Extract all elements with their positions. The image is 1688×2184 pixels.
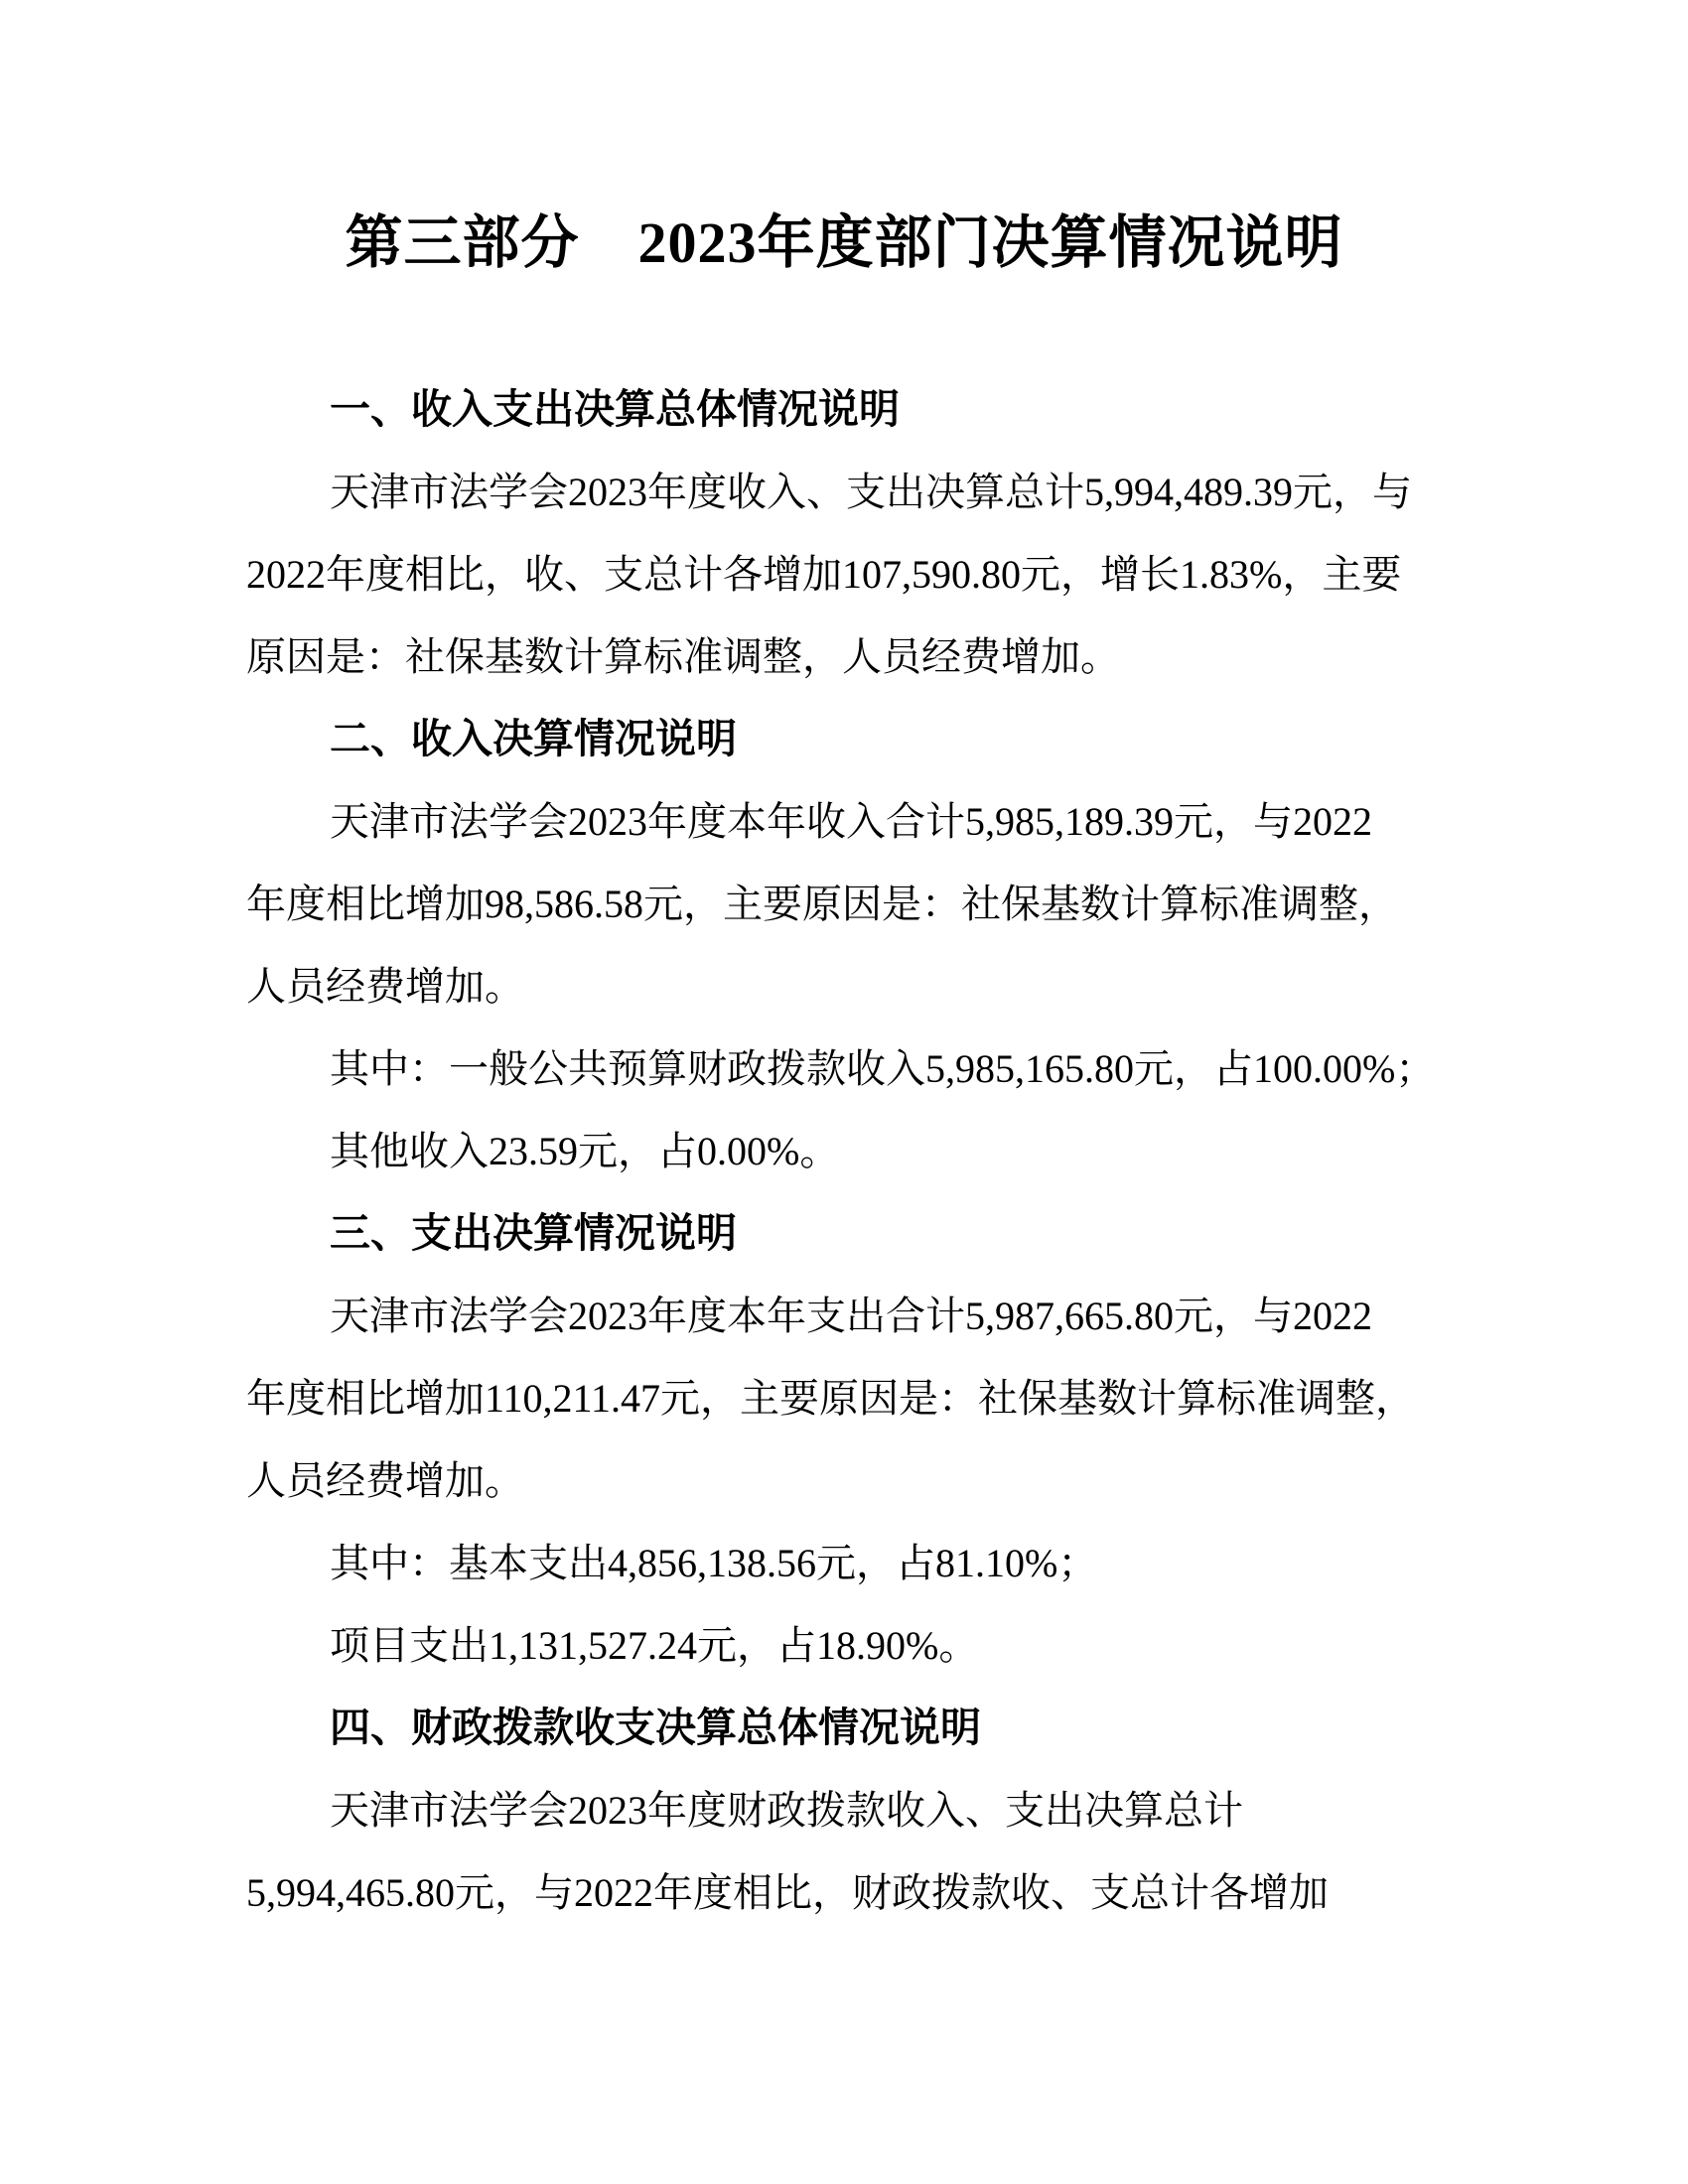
doc-line: 其中：一般公共预算财政拨款收入5,985,165.80元，占100.00%； — [246, 1027, 1442, 1110]
doc-line: 人员经费增加。 — [246, 945, 1442, 1027]
doc-line: 年度相比增加110,211.47元，主要原因是：社保基数计算标准调整， — [246, 1357, 1442, 1439]
paragraph: 天津市法学会2023年度财政拨款收入、支出决算总计 5,994,465.80元，… — [246, 1769, 1442, 1934]
doc-line: 其中：基本支出4,856,138.56元，占81.10%； — [246, 1522, 1442, 1604]
paragraph: 其中：基本支出4,856,138.56元，占81.10%； — [246, 1522, 1442, 1604]
section-heading: 三、支出决算情况说明 — [246, 1192, 1442, 1275]
doc-line: 原因是：社保基数计算标准调整，人员经费增加。 — [246, 615, 1442, 698]
paragraph: 项目支出1,131,527.24元，占18.90%。 — [246, 1604, 1442, 1687]
document-body: 一、收入支出决算总体情况说明 天津市法学会2023年度收入、支出决算总计5,99… — [246, 368, 1442, 1934]
section-heading: 一、收入支出决算总体情况说明 — [246, 368, 1442, 451]
doc-line: 年度相比增加98,586.58元，主要原因是：社保基数计算标准调整， — [246, 863, 1442, 945]
document-content: 第三部分 2023年度部门决算情况说明 一、收入支出决算总体情况说明 天津市法学… — [246, 0, 1442, 1934]
document-title: 第三部分 2023年度部门决算情况说明 — [246, 204, 1442, 283]
section-heading: 四、财政拨款收支决算总体情况说明 — [246, 1687, 1442, 1769]
doc-line: 天津市法学会2023年度本年收入合计5,985,189.39元，与2022 — [246, 780, 1442, 863]
section-fiscal-appropriation-overview: 四、财政拨款收支决算总体情况说明 天津市法学会2023年度财政拨款收入、支出决算… — [246, 1687, 1442, 1934]
section-income-expenditure-overview: 一、收入支出决算总体情况说明 天津市法学会2023年度收入、支出决算总计5,99… — [246, 368, 1442, 698]
doc-line: 其他收入23.59元，占0.00%。 — [246, 1110, 1442, 1192]
doc-line: 天津市法学会2023年度收入、支出决算总计5,994,489.39元，与 — [246, 451, 1442, 533]
document-page: 第三部分 2023年度部门决算情况说明 一、收入支出决算总体情况说明 天津市法学… — [0, 0, 1688, 2184]
paragraph: 其中：一般公共预算财政拨款收入5,985,165.80元，占100.00%； — [246, 1027, 1442, 1110]
paragraph: 天津市法学会2023年度收入、支出决算总计5,994,489.39元，与 202… — [246, 451, 1442, 698]
paragraph: 天津市法学会2023年度本年收入合计5,985,189.39元，与2022 年度… — [246, 780, 1442, 1027]
doc-line: 天津市法学会2023年度财政拨款收入、支出决算总计 — [246, 1769, 1442, 1851]
doc-line: 2022年度相比，收、支总计各增加107,590.80元，增长1.83%，主要 — [246, 533, 1442, 615]
doc-line: 5,994,465.80元，与2022年度相比，财政拨款收、支总计各增加 — [246, 1851, 1442, 1934]
paragraph: 其他收入23.59元，占0.00%。 — [246, 1110, 1442, 1192]
paragraph: 天津市法学会2023年度本年支出合计5,987,665.80元，与2022 年度… — [246, 1275, 1442, 1522]
doc-line: 人员经费增加。 — [246, 1439, 1442, 1522]
doc-line: 天津市法学会2023年度本年支出合计5,987,665.80元，与2022 — [246, 1275, 1442, 1357]
section-heading: 二、收入决算情况说明 — [246, 698, 1442, 780]
section-income-details: 二、收入决算情况说明 天津市法学会2023年度本年收入合计5,985,189.3… — [246, 698, 1442, 1192]
section-expenditure-details: 三、支出决算情况说明 天津市法学会2023年度本年支出合计5,987,665.8… — [246, 1192, 1442, 1687]
doc-line: 项目支出1,131,527.24元，占18.90%。 — [246, 1604, 1442, 1687]
